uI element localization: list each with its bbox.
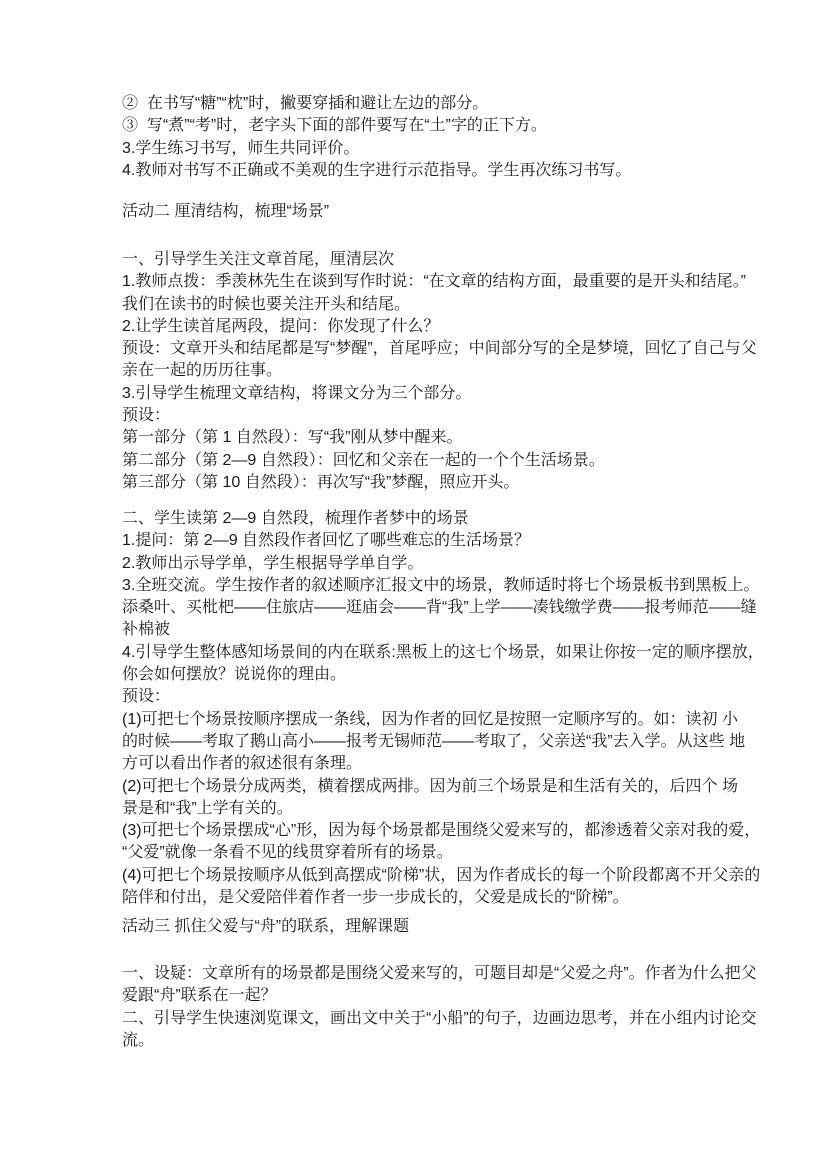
section-heading-text: 活动三 抓住父爱与“舟”的联系，理解课题 [122, 916, 722, 938]
text-line: 1.教师点拨：季羡林先生在谈到写作时说：“在文章的结构方面，最重要的是开头和结尾… [122, 271, 722, 293]
text-line: 2.教师出示导学单，学生根据导学单自学。 [122, 553, 722, 575]
text-line: 预设： [122, 686, 722, 708]
text-line: 流。 [122, 1030, 722, 1052]
text-line: 2.让学生读首尾两段，提问：你发现了什么？ [122, 316, 722, 338]
text-line: (1)可把七个场景按顺序摆成一条线，因为作者的回忆是按照一定顺序写的。如：读初 … [122, 709, 722, 731]
text-line: 二、引导学生快速浏览课文，画出文中关于“小船”的句子，边画边思考，并在小组内讨论… [122, 1008, 722, 1030]
text-line: 4.教师对书写不正确或不美观的生字进行示范指导。学生再次练习书写。 [122, 160, 722, 182]
lesson-plan-document-page: ② 在书写“糖”“枕”时，撇要穿插和避让左边的部分。③ 写“煮”“考”时，老字头… [0, 0, 827, 1170]
text-line: 3.引导学生梳理文章结构，将课文分为三个部分。 [122, 383, 722, 405]
text-line: 的时候——考取了鹅山高小——报考无锡师范——考取了，父亲送“我”去入学。从这些 … [122, 731, 722, 753]
text-line: 第二部分（第 2—9 自然段）：回忆和父亲在一起的一个个生活场景。 [122, 450, 722, 472]
section-activity-3-discussion: 一、设疑：文章所有的场景都是围绕父爱来写的，可题目却是“父爱之舟”。作者为什么把… [122, 963, 722, 1052]
text-line: 二、学生读第 2—9 自然段，梳理作者梦中的场景 [122, 508, 722, 530]
text-line: 3.学生练习书写，师生共同评价。 [122, 138, 722, 160]
text-line: 补棉被 [122, 619, 722, 641]
text-line: 你会如何摆放？说说你的理由。 [122, 664, 722, 686]
section-activity-2-scenes: 二、学生读第 2—9 自然段，梳理作者梦中的场景1.提问：第 2—9 自然段作者… [122, 508, 722, 909]
text-line: “父爱”就像一条看不见的线贯穿着所有的场景。 [122, 842, 722, 864]
text-line: 添桑叶、买枇杷——住旅店——逛庙会——背“我”上学——凑钱缴学费——报考师范——… [122, 597, 722, 619]
text-line: ② 在书写“糖”“枕”时，撇要穿插和避让左边的部分。 [122, 93, 722, 115]
text-line: 景是和“我”上学有关的。 [122, 798, 722, 820]
text-line: 预设： [122, 405, 722, 427]
text-line: 方可以看出作者的叙述很有条理。 [122, 753, 722, 775]
text-line: 预设：文章开头和结尾都是写“梦醒”，首尾呼应；中间部分写的全是梦境，回忆了自己与… [122, 338, 722, 360]
text-line: 陪伴和付出，是父爱陪伴着作者一步一步成长的，父爱是成长的“阶梯”。 [122, 887, 722, 909]
text-line: 一、引导学生关注文章首尾，厘清层次 [122, 249, 722, 271]
text-line: 第一部分（第 1 自然段）：写“我”刚从梦中醒来。 [122, 427, 722, 449]
text-line: ③ 写“煮”“考”时，老字头下面的部件要写在“土”字的正下方。 [122, 115, 722, 137]
section-heading-text: 活动二 厘清结构，梳理“场景” [122, 201, 722, 223]
text-line: (3)可把七个场景摆成“心”形，因为每个场景都是围绕父爱来写的，都渗透着父亲对我… [122, 820, 722, 842]
text-line: 1.提问：第 2—9 自然段作者回忆了哪些难忘的生活场景？ [122, 530, 722, 552]
section-activity-2-structure: 一、引导学生关注文章首尾，厘清层次1.教师点拨：季羡林先生在谈到写作时说：“在文… [122, 249, 722, 494]
text-line: 爱跟“舟”联系在一起？ [122, 985, 722, 1007]
section-heading-activity-2: 活动二 厘清结构，梳理“场景” [122, 201, 722, 223]
section-writing-practice: ② 在书写“糖”“枕”时，撇要穿插和避让左边的部分。③ 写“煮”“考”时，老字头… [122, 93, 722, 182]
text-line: (4)可把七个场景按顺序从低到高摆成“阶梯”状，因为作者成长的每一个阶段都离不开… [122, 865, 722, 887]
text-line: 3.全班交流。学生按作者的叙述顺序汇报文中的场景，教师适时将七个场景板书到黑板上… [122, 575, 722, 597]
text-line: 第三部分（第 10 自然段）：再次写“我”梦醒，照应开头。 [122, 472, 722, 494]
text-line: 亲在一起的历历往事。 [122, 360, 722, 382]
text-line: (2)可把七个场景分成两类，横着摆成两排。因为前三个场景是和生活有关的，后四个 … [122, 776, 722, 798]
text-line: 我们在读书的时候也要关注开头和结尾。 [122, 294, 722, 316]
section-heading-activity-3: 活动三 抓住父爱与“舟”的联系，理解课题 [122, 916, 722, 938]
text-line: 4.引导学生整体感知场景间的内在联系:黑板上的这七个场景，如果让你按一定的顺序摆… [122, 642, 722, 664]
text-line: 一、设疑：文章所有的场景都是围绕父爱来写的，可题目却是“父爱之舟”。作者为什么把… [122, 963, 722, 985]
